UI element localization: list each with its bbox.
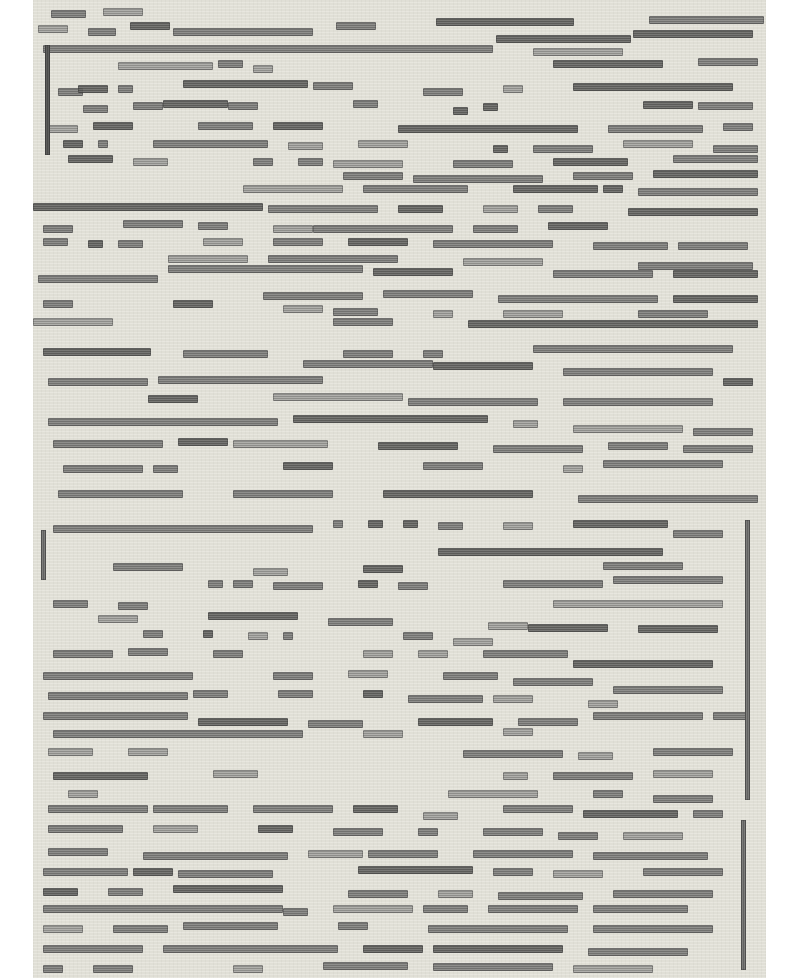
rug-stripe bbox=[233, 965, 263, 973]
rug-stripe bbox=[603, 460, 723, 468]
rug-stripe bbox=[653, 170, 758, 178]
rug-stripe bbox=[673, 155, 758, 163]
rug-stripe bbox=[283, 305, 323, 313]
rug-stripe bbox=[53, 600, 88, 608]
rug-stripe bbox=[268, 205, 378, 213]
rug-stripe bbox=[328, 618, 393, 626]
rug-stripe bbox=[278, 690, 313, 698]
rug-stripe bbox=[583, 810, 678, 818]
rug-stripe bbox=[53, 650, 113, 658]
rug-stripe bbox=[453, 160, 513, 168]
rug-stripe bbox=[423, 350, 443, 358]
rug-stripe bbox=[43, 945, 143, 953]
rug-stripe bbox=[163, 945, 338, 953]
rug-stripe bbox=[693, 810, 723, 818]
rug-stripe bbox=[358, 140, 408, 148]
rug-stripe bbox=[368, 520, 383, 528]
rug-stripe bbox=[563, 368, 713, 376]
rug-stripe bbox=[283, 632, 293, 640]
rug-stripe bbox=[203, 238, 243, 246]
rug-stripe bbox=[48, 825, 123, 833]
rug-stripe bbox=[533, 48, 623, 56]
rug-stripe bbox=[38, 275, 158, 283]
rug-stripe bbox=[448, 790, 538, 798]
rug-stripe bbox=[438, 890, 473, 898]
rug-stripe bbox=[78, 85, 108, 93]
rug-stripe bbox=[463, 258, 543, 266]
rug-stripe bbox=[173, 885, 283, 893]
rug-stripe bbox=[553, 870, 603, 878]
rug-stripe bbox=[503, 805, 573, 813]
rug-stripe bbox=[213, 650, 243, 658]
rug-stripe bbox=[108, 888, 143, 896]
rug-stripe bbox=[363, 565, 403, 573]
rug-stripe bbox=[418, 718, 493, 726]
rug-stripe bbox=[43, 905, 283, 913]
rug-stripe bbox=[253, 568, 288, 576]
rug-stripe bbox=[368, 850, 438, 858]
rug-stripe bbox=[453, 638, 493, 646]
rug-stripe bbox=[398, 125, 578, 133]
rug-stripe bbox=[723, 123, 753, 131]
rug-stripe bbox=[363, 650, 393, 658]
rug-stripe bbox=[208, 612, 298, 620]
rug-stripe bbox=[613, 890, 713, 898]
rug-stripe bbox=[633, 30, 753, 38]
rug-stripe bbox=[273, 225, 313, 233]
rug-stripe bbox=[43, 712, 188, 720]
rug-stripe bbox=[288, 142, 323, 150]
rug-photo bbox=[33, 0, 766, 978]
rug-stripe bbox=[103, 8, 143, 16]
rug-stripe bbox=[413, 175, 543, 183]
rug-stripe bbox=[608, 125, 703, 133]
rug-stripe bbox=[453, 107, 468, 115]
rug-stripe bbox=[403, 520, 418, 528]
rug-stripe bbox=[273, 672, 313, 680]
rug-stripe bbox=[673, 530, 723, 538]
rug-stripe bbox=[513, 185, 598, 193]
rug-stripe bbox=[253, 805, 333, 813]
rug-stripe bbox=[263, 292, 363, 300]
rug-stripe bbox=[48, 805, 148, 813]
rug-stripe bbox=[133, 158, 168, 166]
rug-stripe bbox=[553, 158, 628, 166]
rug-stripe bbox=[51, 10, 86, 18]
rug-stripe bbox=[533, 345, 733, 353]
rug-stripe bbox=[378, 442, 458, 450]
rug-stripe bbox=[63, 465, 143, 473]
rug-stripe bbox=[433, 310, 453, 318]
rug-stripe bbox=[503, 310, 563, 318]
rug-stripe bbox=[183, 350, 268, 358]
rug-stripe bbox=[118, 602, 148, 610]
rug-stripe bbox=[273, 122, 323, 130]
rug-vertical-accent bbox=[41, 530, 46, 580]
rug-stripe bbox=[483, 103, 498, 111]
rug-stripe bbox=[63, 140, 83, 148]
rug-stripe bbox=[323, 962, 408, 970]
rug-stripe bbox=[649, 16, 764, 24]
rug-stripe bbox=[373, 268, 453, 276]
rug-stripe bbox=[693, 428, 753, 436]
rug-stripe bbox=[158, 376, 323, 384]
rug-stripe bbox=[483, 650, 568, 658]
rug-stripe bbox=[333, 318, 393, 326]
rug-stripe bbox=[678, 242, 748, 250]
rug-stripe bbox=[298, 158, 323, 166]
rug-stripe bbox=[443, 672, 498, 680]
rug-stripe bbox=[48, 692, 188, 700]
rug-stripe bbox=[43, 348, 151, 356]
rug-stripe bbox=[488, 622, 528, 630]
rug-stripe bbox=[698, 58, 758, 66]
rug-stripe bbox=[503, 772, 528, 780]
rug-stripe bbox=[348, 890, 408, 898]
rug-stripe bbox=[538, 205, 573, 213]
rug-stripe bbox=[53, 730, 303, 738]
rug-stripe bbox=[58, 490, 183, 498]
rug-stripe bbox=[528, 624, 608, 632]
rug-stripe bbox=[553, 270, 653, 278]
rug-stripe bbox=[203, 630, 213, 638]
rug-stripe bbox=[358, 580, 378, 588]
rug-stripe bbox=[623, 140, 693, 148]
rug-stripe bbox=[93, 965, 133, 973]
rug-stripe bbox=[638, 625, 718, 633]
rug-stripe bbox=[423, 88, 463, 96]
rug-stripe bbox=[48, 125, 78, 133]
rug-stripe bbox=[363, 690, 383, 698]
rug-stripe bbox=[593, 790, 623, 798]
rug-stripe bbox=[463, 750, 563, 758]
rug-stripe bbox=[333, 828, 383, 836]
rug-stripe bbox=[593, 242, 668, 250]
rug-stripe bbox=[423, 462, 483, 470]
rug-stripe bbox=[408, 398, 538, 406]
rug-stripe bbox=[273, 393, 403, 401]
rug-stripe bbox=[503, 728, 533, 736]
rug-stripe bbox=[653, 770, 713, 778]
rug-stripe bbox=[548, 222, 608, 230]
rug-stripe bbox=[423, 905, 468, 913]
rug-stripe bbox=[593, 925, 713, 933]
rug-stripe bbox=[403, 632, 433, 640]
rug-stripe bbox=[38, 25, 68, 33]
rug-stripe bbox=[438, 548, 663, 556]
rug-stripe bbox=[613, 686, 723, 694]
rug-stripe bbox=[130, 22, 170, 30]
rug-stripe bbox=[33, 203, 263, 211]
rug-stripe bbox=[218, 60, 243, 68]
rug-stripe bbox=[436, 18, 574, 26]
rug-stripe bbox=[553, 60, 663, 68]
rug-stripe bbox=[198, 222, 228, 230]
rug-stripe bbox=[43, 225, 73, 233]
rug-stripe bbox=[573, 520, 668, 528]
rug-stripe bbox=[293, 415, 488, 423]
rug-stripe bbox=[53, 772, 148, 780]
rug-stripe bbox=[496, 35, 631, 43]
rug-stripe bbox=[473, 850, 573, 858]
rug-stripe bbox=[48, 378, 148, 386]
rug-stripe bbox=[558, 832, 598, 840]
rug-stripe bbox=[153, 140, 268, 148]
rug-stripe bbox=[433, 945, 563, 953]
rug-stripe bbox=[493, 695, 533, 703]
rug-stripe bbox=[348, 238, 408, 246]
rug-stripe bbox=[593, 852, 708, 860]
rug-stripe bbox=[228, 102, 258, 110]
rug-stripe bbox=[593, 712, 703, 720]
rug-stripe bbox=[623, 832, 683, 840]
rug-stripe bbox=[418, 828, 438, 836]
rug-stripe bbox=[118, 62, 213, 70]
rug-stripe bbox=[408, 695, 483, 703]
rug-stripe bbox=[603, 185, 623, 193]
rug-stripe bbox=[143, 630, 163, 638]
rug-stripe bbox=[43, 45, 493, 53]
rug-stripe bbox=[243, 185, 343, 193]
rug-stripe bbox=[468, 320, 758, 328]
rug-stripe bbox=[133, 102, 163, 110]
rug-stripe bbox=[268, 255, 398, 263]
rug-stripe bbox=[153, 805, 228, 813]
rug-stripe bbox=[98, 140, 108, 148]
rug-stripe bbox=[48, 848, 108, 856]
rug-stripe bbox=[578, 752, 613, 760]
rug-stripe bbox=[233, 440, 328, 448]
rug-stripe bbox=[683, 445, 753, 453]
rug-stripe bbox=[643, 868, 723, 876]
rug-stripe bbox=[653, 748, 733, 756]
rug-vertical-accent bbox=[741, 820, 746, 970]
rug-stripe bbox=[353, 100, 378, 108]
rug-stripe bbox=[573, 660, 713, 668]
rug-stripe bbox=[193, 690, 228, 698]
rug-stripe bbox=[483, 828, 543, 836]
rug-stripe bbox=[498, 892, 583, 900]
rug-stripe bbox=[698, 102, 753, 110]
rug-stripe bbox=[398, 205, 443, 213]
rug-stripe bbox=[603, 562, 683, 570]
rug-stripe bbox=[483, 205, 518, 213]
rug-stripe bbox=[43, 925, 83, 933]
rug-stripe bbox=[128, 748, 168, 756]
rug-stripe bbox=[563, 398, 713, 406]
rug-stripe bbox=[578, 495, 758, 503]
rug-stripe bbox=[333, 308, 378, 316]
rug-stripe bbox=[363, 185, 468, 193]
rug-stripe bbox=[43, 300, 73, 308]
rug-stripe bbox=[173, 300, 213, 308]
rug-stripe bbox=[118, 85, 133, 93]
rug-stripe bbox=[383, 490, 533, 498]
rug-stripe bbox=[153, 465, 178, 473]
rug-stripe bbox=[168, 255, 248, 263]
rug-stripe bbox=[363, 730, 403, 738]
rug-stripe bbox=[588, 700, 618, 708]
rug-stripe bbox=[643, 101, 693, 109]
rug-stripe bbox=[283, 462, 333, 470]
rug-stripe bbox=[713, 145, 758, 153]
rug-stripe bbox=[363, 945, 423, 953]
rug-stripe bbox=[503, 580, 603, 588]
rug-stripe bbox=[493, 145, 508, 153]
rug-stripe bbox=[493, 445, 583, 453]
rug-stripe bbox=[178, 438, 228, 446]
rug-stripe bbox=[713, 712, 748, 720]
rug-stripe bbox=[43, 888, 78, 896]
rug-stripe bbox=[336, 22, 376, 30]
rug-stripe bbox=[433, 963, 553, 971]
rug-stripe bbox=[183, 922, 278, 930]
rug-stripe bbox=[398, 582, 428, 590]
rug-stripe bbox=[673, 270, 758, 278]
rug-stripe bbox=[358, 866, 473, 874]
rug-stripe bbox=[613, 576, 723, 584]
rug-stripe bbox=[93, 122, 133, 130]
rug-stripe bbox=[88, 28, 116, 36]
rug-stripe bbox=[178, 870, 273, 878]
rug-stripe bbox=[333, 160, 403, 168]
rug-stripe bbox=[423, 812, 458, 820]
rug-stripe bbox=[348, 670, 388, 678]
rug-stripe bbox=[43, 868, 128, 876]
rug-stripe bbox=[68, 155, 113, 163]
rug-stripe bbox=[258, 825, 293, 833]
rug-stripe bbox=[353, 805, 398, 813]
rug-stripe bbox=[43, 965, 63, 973]
rug-stripe bbox=[313, 225, 453, 233]
rug-stripe bbox=[88, 240, 103, 248]
rug-stripe bbox=[233, 490, 333, 498]
rug-stripe bbox=[303, 360, 433, 368]
rug-stripe bbox=[343, 172, 403, 180]
rug-stripe bbox=[493, 868, 533, 876]
rug-stripe bbox=[53, 440, 163, 448]
rug-stripe bbox=[113, 563, 183, 571]
rug-stripe bbox=[273, 582, 323, 590]
rug-stripe bbox=[123, 220, 183, 228]
rug-stripe bbox=[518, 718, 578, 726]
rug-stripe bbox=[43, 238, 68, 246]
rug-stripe bbox=[153, 825, 198, 833]
rug-stripe bbox=[638, 262, 753, 270]
rug-stripe bbox=[198, 718, 288, 726]
rug-stripe bbox=[638, 310, 708, 318]
rug-stripe bbox=[608, 442, 668, 450]
rug-stripe bbox=[168, 265, 363, 273]
rug-stripe bbox=[283, 908, 308, 916]
rug-stripe bbox=[723, 378, 753, 386]
rug-stripe bbox=[118, 240, 143, 248]
rug-stripe bbox=[33, 318, 113, 326]
rug-stripe bbox=[553, 600, 723, 608]
rug-stripe bbox=[503, 522, 533, 530]
rug-stripe bbox=[198, 122, 253, 130]
rug-stripe bbox=[128, 648, 168, 656]
rug-stripe bbox=[98, 615, 138, 623]
rug-stripe bbox=[673, 295, 758, 303]
rug-stripe bbox=[573, 965, 653, 973]
rug-stripe bbox=[433, 240, 553, 248]
rug-stripe bbox=[143, 852, 288, 860]
rug-stripe bbox=[473, 225, 518, 233]
rug-stripe bbox=[488, 905, 578, 913]
rug-stripe bbox=[438, 522, 463, 530]
rug-stripe bbox=[43, 672, 193, 680]
rug-stripe bbox=[213, 770, 258, 778]
rug-stripe bbox=[163, 100, 228, 108]
rug-stripe bbox=[628, 208, 758, 216]
rug-stripe bbox=[533, 145, 593, 153]
rug-stripe bbox=[333, 905, 413, 913]
rug-stripe bbox=[68, 790, 98, 798]
rug-stripe bbox=[553, 772, 633, 780]
rug-stripe bbox=[183, 80, 308, 88]
rug-stripe bbox=[588, 948, 688, 956]
rug-stripe bbox=[498, 295, 658, 303]
rug-stripe bbox=[133, 868, 173, 876]
rug-stripe bbox=[273, 238, 323, 246]
rug-stripe bbox=[253, 158, 273, 166]
rug-stripe bbox=[338, 922, 368, 930]
rug-stripe bbox=[308, 720, 363, 728]
rug-vertical-accent bbox=[745, 520, 750, 800]
rug-stripe bbox=[83, 105, 108, 113]
rug-stripe bbox=[233, 580, 253, 588]
rug-stripe bbox=[513, 678, 593, 686]
rug-stripe bbox=[593, 905, 688, 913]
rug-stripe bbox=[48, 748, 93, 756]
rug-stripe bbox=[383, 290, 473, 298]
rug-stripe bbox=[418, 650, 448, 658]
rug-stripe bbox=[573, 172, 633, 180]
rug-stripe bbox=[428, 925, 568, 933]
rug-stripe bbox=[48, 418, 278, 426]
rug-stripe bbox=[513, 420, 538, 428]
rug-stripe bbox=[653, 795, 713, 803]
rug-stripe bbox=[563, 465, 583, 473]
rug-stripe bbox=[308, 850, 363, 858]
rug-stripe bbox=[573, 425, 683, 433]
rug-stripe bbox=[148, 395, 198, 403]
rug-stripe bbox=[53, 525, 313, 533]
rug-vertical-accent bbox=[45, 45, 50, 155]
rug-stripe bbox=[113, 925, 168, 933]
rug-stripe bbox=[433, 362, 533, 370]
rug-stripe bbox=[173, 28, 313, 36]
rug-stripe bbox=[313, 82, 353, 90]
rug-stripe bbox=[573, 83, 733, 91]
rug-stripe bbox=[343, 350, 393, 358]
rug-stripe bbox=[208, 580, 223, 588]
rug-stripe bbox=[248, 632, 268, 640]
rug-stripe bbox=[638, 188, 758, 196]
rug-stripe bbox=[333, 520, 343, 528]
rug-stripe bbox=[253, 65, 273, 73]
rug-stripe bbox=[503, 85, 523, 93]
